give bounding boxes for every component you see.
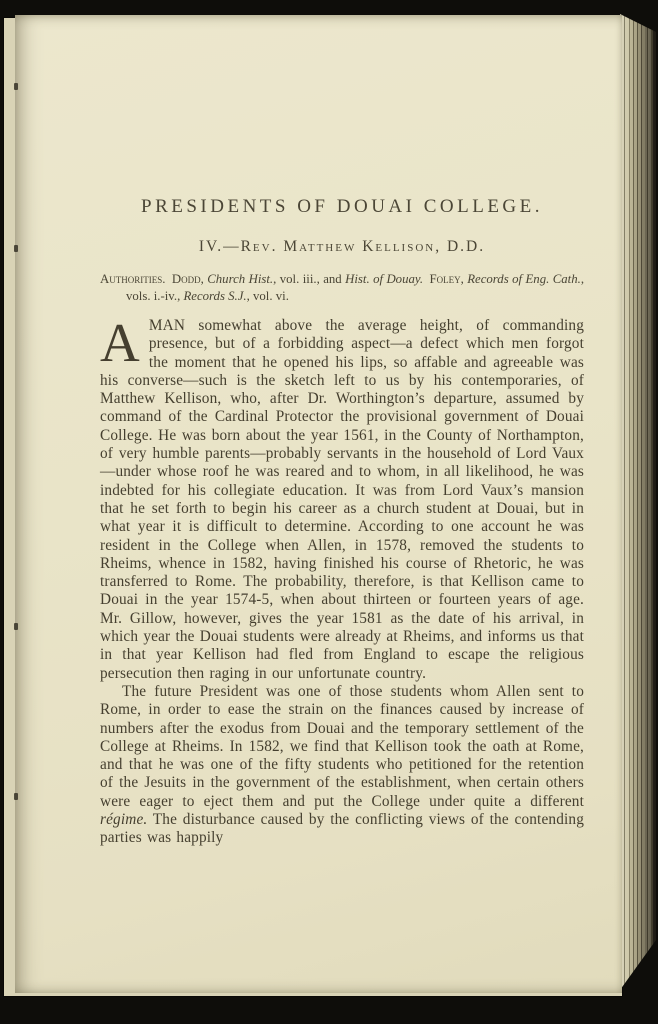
section-heading: IV.—Rev. Matthew Kellison, D.D. bbox=[100, 238, 584, 256]
drop-cap: A bbox=[100, 317, 149, 365]
italic-text: Hist. of Douay. bbox=[345, 272, 423, 286]
body-paragraph: AMAN somewhat above the average height, … bbox=[100, 317, 584, 683]
text-run: , vol. vi. bbox=[247, 289, 289, 303]
text-run: The disturbance caused by the conflictin… bbox=[100, 811, 584, 846]
book-photo: PRESIDENTS OF DOUAI COLLEGE. IV.—Rev. Ma… bbox=[0, 0, 658, 1024]
small-caps-text: Dodd, bbox=[172, 272, 204, 286]
body-paragraph: The future President was one of those st… bbox=[100, 683, 584, 848]
body-text: AMAN somewhat above the average height, … bbox=[100, 317, 584, 848]
italic-text: Records S.J. bbox=[183, 289, 246, 303]
book-page: PRESIDENTS OF DOUAI COLLEGE. IV.—Rev. Ma… bbox=[15, 15, 622, 993]
small-caps-text: Foley, bbox=[429, 272, 463, 286]
text-run: MAN somewhat above the average height, o… bbox=[100, 317, 584, 682]
text-run: , vol. iii., and bbox=[273, 272, 345, 286]
authorities-note: Authorities. Dodd, Church Hist., vol. ii… bbox=[100, 271, 584, 305]
page-title: PRESIDENTS OF DOUAI COLLEGE. bbox=[100, 196, 584, 218]
book-fore-edge-pages bbox=[620, 14, 656, 990]
italic-text: Records of Eng. Cath. bbox=[467, 272, 581, 286]
page-content: PRESIDENTS OF DOUAI COLLEGE. IV.—Rev. Ma… bbox=[15, 15, 622, 993]
italic-text: Church Hist. bbox=[207, 272, 273, 286]
small-caps-text: Authorities. bbox=[100, 272, 165, 286]
text-run: The future President was one of those st… bbox=[100, 683, 584, 810]
italic-text: régime. bbox=[100, 811, 147, 828]
